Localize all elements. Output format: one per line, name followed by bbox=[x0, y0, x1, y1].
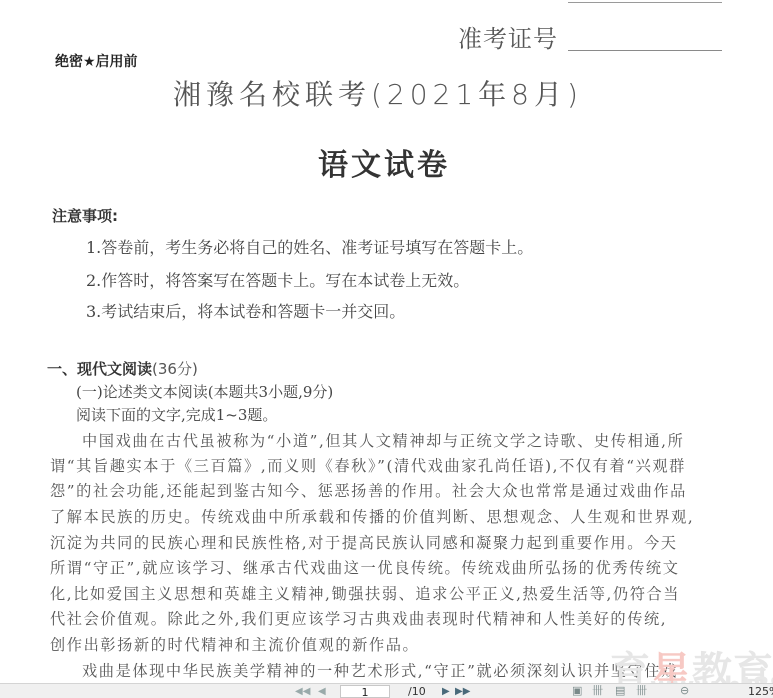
paragraph-line: 沉淀为共同的民族心理和民族性格,对于提高民族认同感和凝聚力起到重要作用。今天 bbox=[50, 532, 678, 553]
section-heading: 一、现代文阅读(36分) bbox=[47, 358, 198, 379]
exam-id-blank-line bbox=[568, 50, 722, 51]
section-score: (36分) bbox=[152, 360, 198, 378]
viewer-toolbar: ◀◀ ◀ 1 /10 ▶ ▶▶ ▣ 卌 ▤ 卌 ⊖ 125% bbox=[0, 683, 773, 698]
paragraph-line: 化,比如爱国主义思想和英雄主义精神,锄强扶弱、追求公平正义,热爱生活等,仍符合当 bbox=[50, 583, 680, 604]
single-page-view-icon[interactable]: ▣ bbox=[572, 685, 584, 697]
reading-instruction: 阅读下面的文字,完成1~3题。 bbox=[76, 404, 277, 425]
exam-id-label: 准考证号 bbox=[458, 19, 558, 54]
top-divider-line bbox=[568, 2, 722, 3]
next-page-button[interactable]: ▶ bbox=[442, 686, 452, 697]
confidential-label: 绝密★启用前 bbox=[55, 51, 138, 71]
first-page-button[interactable]: ◀◀ bbox=[295, 686, 311, 697]
zoom-out-icon[interactable]: ⊖ bbox=[680, 685, 692, 697]
paragraph-line: 创作出彰扬新的时代精神和主流价值观的新作品。 bbox=[50, 634, 419, 655]
facing-pages-view-icon[interactable]: 卌 bbox=[592, 685, 604, 697]
notice-item-2: 2.作答时，将答案写在答题卡上。写在本试卷上无效。 bbox=[86, 268, 469, 291]
notice-item-1: 1.答卷前，考生务必将自己的姓名、准考证号填写在答题卡上。 bbox=[86, 235, 533, 258]
last-page-button[interactable]: ▶▶ bbox=[455, 686, 471, 697]
subject-title: 语文试卷 bbox=[318, 140, 450, 184]
notice-heading: 注意事项: bbox=[52, 205, 118, 226]
paragraph-line: 戏曲是体现中华民族美学精神的一种艺术形式,“守正”就必须深刻认识并坚守住戏 bbox=[82, 660, 678, 681]
continuous-view-icon[interactable]: ▤ bbox=[615, 685, 627, 697]
continuous-facing-view-icon[interactable]: 卌 bbox=[636, 685, 648, 697]
paragraph-line: 怨”的社会功能,还能起到鉴古知今、惩恶扬善的作用。社会大众也常常是通过戏曲作品 bbox=[50, 480, 687, 501]
page-total: /10 bbox=[408, 685, 426, 698]
zoom-level[interactable]: 125% bbox=[748, 685, 773, 698]
paragraph-line: 了解本民族的历史。传统戏曲中所承载和传播的价值判断、思想观念、人生观和世界观, bbox=[50, 506, 694, 527]
page-number-input[interactable]: 1 bbox=[340, 685, 390, 698]
sub-section-heading: (一)论述类文本阅读(本题共3小题,9分) bbox=[76, 381, 333, 402]
paragraph-line: 所谓“守正”,就应该学习、继承古代戏曲这一优良传统。传统戏曲所弘扬的优秀传统文 bbox=[50, 557, 680, 578]
prev-page-button[interactable]: ◀ bbox=[318, 686, 328, 697]
notice-item-3: 3.考试结束后，将本试卷和答题卡一并交回。 bbox=[86, 299, 405, 322]
paragraph-line: 中国戏曲在古代虽被称为“小道”,但其人文精神却与正统文学之诗歌、史传相通,所 bbox=[82, 430, 684, 451]
exam-main-title: 湘豫名校联考(2021年8月) bbox=[173, 73, 583, 113]
paragraph-line: 谓“其旨趣实本于《三百篇》,而义则《春秋》”(清代戏曲家孔尚任语),不仅有着“兴… bbox=[50, 455, 686, 476]
paragraph-line: 代社会价值观。除此之外,我们更应该学习古典戏曲表现时代精神和人性美好的传统, bbox=[50, 608, 667, 629]
section-heading-title: 一、现代文阅读 bbox=[47, 360, 152, 378]
